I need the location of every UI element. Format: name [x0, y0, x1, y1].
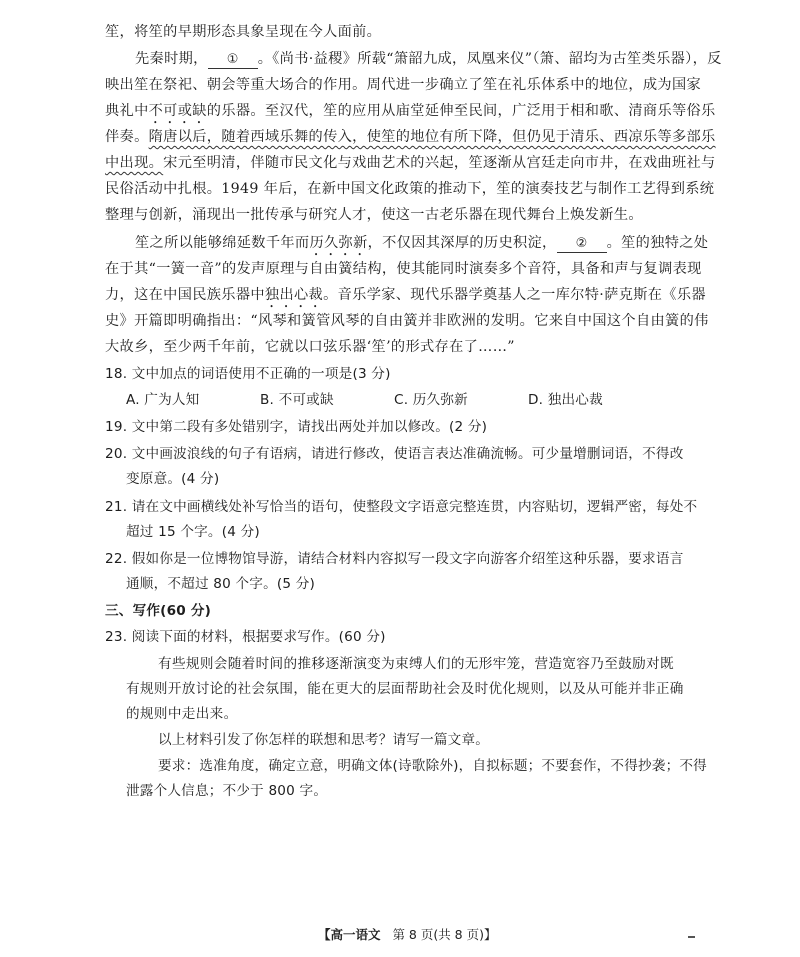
dotted-word-lijiu-mixin: 历久弥新	[309, 235, 367, 251]
question-21-line-1: 21. 请在文中画横线处补写恰当的语句，使整段文字语意完整连贯，内容贴切，逻辑严…	[105, 497, 699, 517]
wavy-underlined-sentence-end: 中出现。	[105, 155, 163, 171]
passage-line: 民俗活动中扎根。1949 年后，在新中国文化政策的推动下，笙的演奏技艺与制作工艺…	[105, 179, 699, 199]
option-c: C. 历久弥新	[394, 390, 468, 410]
passage-line: 在于其“一簧一音”的发声原理与自由簧结构，使其能同时演奏多个音符，具备和声与复调…	[105, 259, 699, 279]
passage-paragraph-3-line: 笙之所以能够绵延数千年而历久弥新，不仅因其深厚的历史积淀，②。笙的独特之处	[135, 233, 729, 259]
question-20-line-2: 变原意。(4 分)	[126, 469, 720, 489]
text: 伴奏。	[105, 129, 149, 145]
option-a: A. 广为人知	[126, 390, 199, 410]
writing-requirements-line-1: 要求：选准角度，确定立意，明确文体(诗歌除外)，自拟标题；不要套作，不得抄袭；不…	[158, 756, 752, 776]
text: 。笙的独特之处	[607, 235, 709, 251]
dotted-word-buke-huoque: 不可或缺	[149, 103, 207, 119]
text: 典礼中	[105, 103, 149, 119]
option-b: B. 不可或缺	[260, 390, 334, 410]
text: 先秦时期，	[135, 51, 208, 67]
question-22-line-1: 22. 假如你是一位博物馆导游，请结合材料内容拟写一段文字向游客介绍笙这种乐器，…	[105, 549, 699, 569]
passage-line: 中出现。宋元至明清，伴随市民文化与戏曲艺术的兴起，笙逐渐从宫廷走向市井，在戏曲班…	[105, 153, 699, 173]
passage-line: 整理与创新，涌现出一批传承与研究人才，使这一古老乐器在现代舞台上焕发新生。	[105, 205, 699, 225]
question-20-line-1: 20. 文中画波浪线的句子有语病，请进行修改，使语言表达准确流畅。可少量增删词语…	[105, 444, 699, 464]
question-23: 23. 阅读下面的材料，根据要求写作。(60 分)	[105, 627, 699, 647]
blank-1: ①	[208, 52, 258, 69]
wavy-underlined-sentence: 隋唐以后，随着西域乐舞的传入，使笙的地位有所下降，但仍见于清乐、西凉乐等多部乐	[149, 129, 716, 145]
material-line-3: 的规则中走出来。	[126, 704, 720, 724]
passage-line: 映出笙在祭祀、朝会等重大场合的作用。周代进一步确立了笙在礼乐体系中的地位，成为国…	[105, 75, 699, 95]
exam-page: 笙，将笙的早期形态具象呈现在今人面前。 先秦时期，①。《尚书·益稷》所载“箫韶九…	[0, 0, 800, 957]
text: 的乐器。至汉代，笙的应用从庙堂延伸至民间，广泛用于相和歌、清商乐等俗乐	[207, 103, 716, 119]
material-line-1: 有些规则会随着时间的推移逐渐演变为束缚人们的无形牢笼，营造宽容乃至鼓励对既	[158, 654, 752, 674]
footer-course: 【高一语文	[318, 927, 381, 942]
text: 。音乐学家、现代乐器学奠基人之一库尔特·萨克斯在《乐器	[323, 287, 706, 303]
text: ，不仅因其深厚的历史积淀，	[368, 235, 557, 251]
text: 笙之所以能够绵延数千年而	[135, 235, 309, 251]
question-21-line-2: 超过 15 个字。(4 分)	[126, 522, 720, 542]
dotted-word-duchu-xincai: 独出心裁	[265, 287, 323, 303]
material-line-2: 有规则开放讨论的社会氛围，能在更大的层面帮助社会及时优化规则，以及从可能并非正确	[126, 679, 720, 699]
footer-page-number: 第 8 页(共 8 页)】	[392, 927, 496, 942]
blank-2: ②	[557, 236, 607, 253]
writing-prompt: 以上材料引发了你怎样的联想和思考？请写一篇文章。	[158, 730, 752, 750]
passage-line: 史》开篇即明确指出：“风琴和簧管风琴的自由簧并非欧洲的发明。它来自中国这个自由簧…	[105, 311, 699, 331]
text: 。《尚书·益稷》所载“箫韶九成，凤凰来仪”（箫、韶均为古笙类乐器），反	[258, 51, 722, 67]
text: 宋元至明清，伴随市民文化与戏曲艺术的兴起，笙逐渐从宫廷走向市井，在戏曲班社与	[163, 155, 715, 171]
option-d: D. 独出心裁	[528, 390, 603, 410]
passage-line: 力，这在中国民族乐器中独出心裁。音乐学家、现代乐器学奠基人之一库尔特·萨克斯在《…	[105, 285, 699, 311]
question-19: 19. 文中第二段有多处错别字，请找出两处并加以修改。(2 分)	[105, 417, 699, 437]
question-18-stem: 18. 文中加点的词语使用不正确的一项是(3 分)	[105, 364, 699, 384]
section-title-writing: 三、写作(60 分)	[105, 601, 699, 621]
question-22-line-2: 通顺，不超过 80 个字。(5 分)	[126, 574, 720, 594]
passage-line: 典礼中不可或缺的乐器。至汉代，笙的应用从庙堂延伸至民间，广泛用于相和歌、清商乐等…	[105, 101, 699, 127]
writing-requirements-line-2: 泄露个人信息；不少于 800 字。	[126, 781, 720, 801]
text: 力，这在中国民族乐器中	[105, 287, 265, 303]
scan-mark	[688, 936, 695, 938]
passage-line: 伴奏。隋唐以后，随着西域乐舞的传入，使笙的地位有所下降，但仍见于清乐、西凉乐等多…	[105, 127, 699, 147]
passage-paragraph-2-line: 先秦时期，①。《尚书·益稷》所载“箫韶九成，凤凰来仪”（箫、韶均为古笙类乐器），…	[135, 49, 729, 69]
passage-line: 笙，将笙的早期形态具象呈现在今人面前。	[105, 22, 699, 42]
page-footer: 【高一语文 第 8 页(共 8 页)】	[318, 925, 497, 943]
passage-line: 大故乡，至少两千年前，它就以口弦乐器‘笙’的形式存在了……”	[105, 337, 699, 357]
